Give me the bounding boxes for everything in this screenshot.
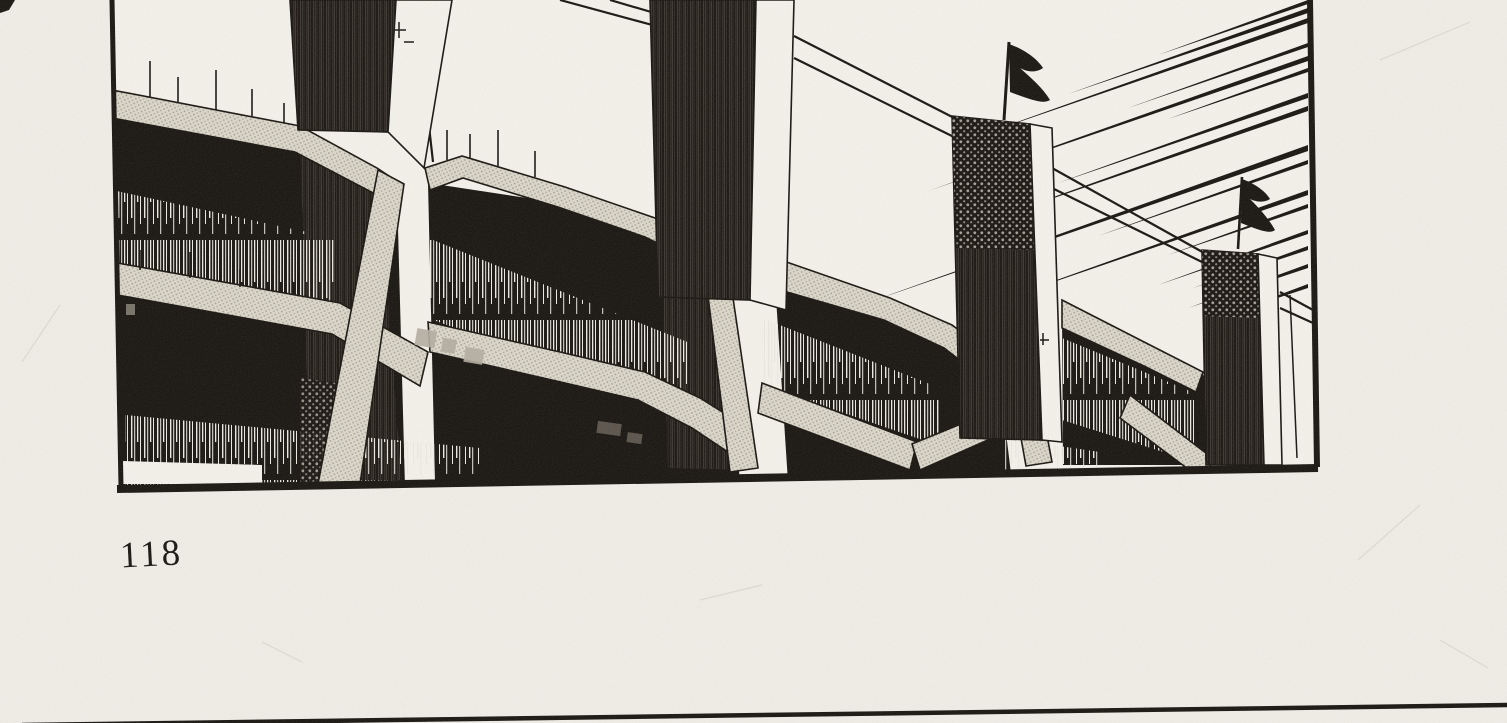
stadium-panel bbox=[112, 0, 1318, 489]
manga-page: 118 bbox=[0, 0, 1507, 723]
pylon-2 bbox=[650, 0, 794, 310]
manga-page-canvas: 118 bbox=[0, 0, 1507, 723]
pylon-4 bbox=[1202, 250, 1282, 465]
page-number: 118 bbox=[119, 532, 184, 576]
white-notch-bay-1 bbox=[122, 461, 262, 484]
pylon-3 bbox=[952, 116, 1062, 442]
